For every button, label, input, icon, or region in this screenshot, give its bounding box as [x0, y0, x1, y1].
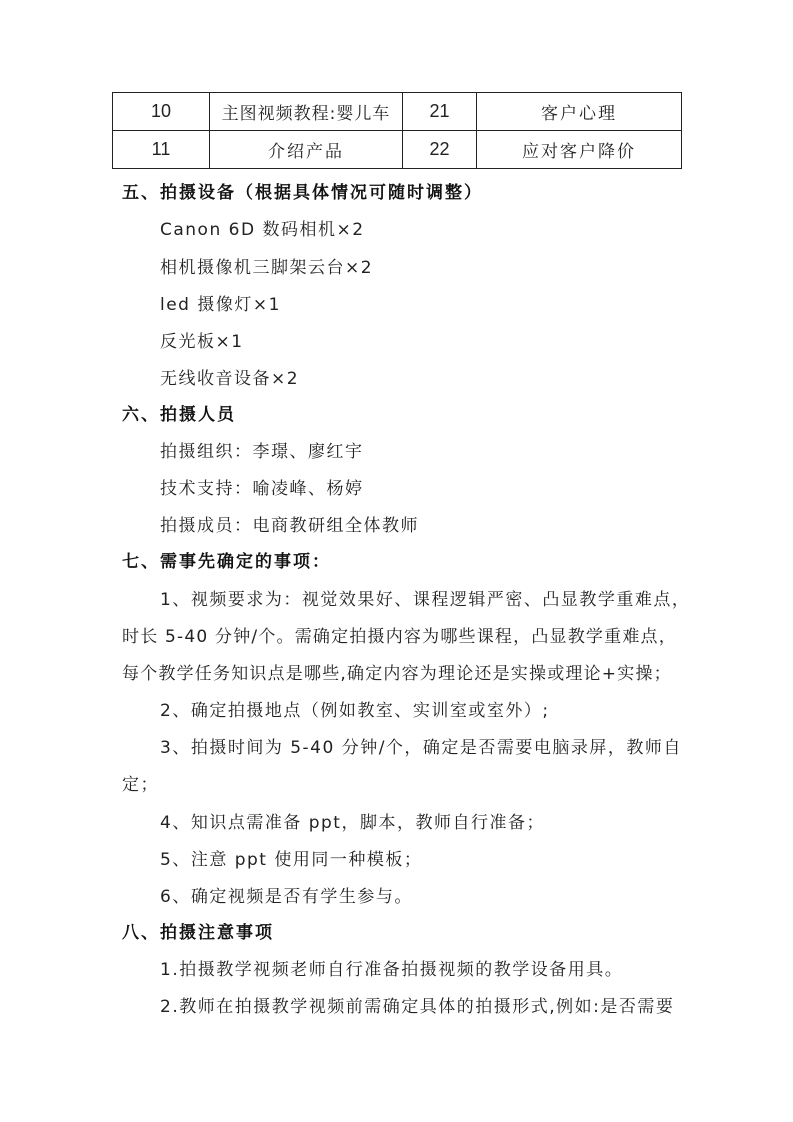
section-heading-prerequisites: 七、需事先确定的事项： [122, 547, 331, 572]
paragraph-line: 每个教学任务知识点是哪些,确定内容为理论还是实操或理论+实操； [122, 659, 672, 684]
table-cell-number: 10 [113, 93, 210, 131]
paragraph-line: 定； [122, 770, 159, 795]
section-heading-personnel: 六、拍摄人员 [122, 400, 236, 425]
table-row: 11 介绍产品 22 应对客户降价 [113, 131, 682, 169]
equipment-item: 反光板×1 [160, 327, 244, 352]
table-cell-number: 11 [113, 131, 210, 169]
document-page: 10 主图视频教程:婴儿车 21 客户心理 11 介绍产品 22 应对客户降价 … [0, 0, 793, 1122]
personnel-item: 技术支持：喻凌峰、杨婷 [160, 474, 364, 499]
paragraph-line: 5、注意 ppt 使用同一种模板； [160, 845, 422, 870]
equipment-item: led 摄像灯×1 [160, 290, 281, 315]
paragraph-line: 3、拍摄时间为 5-40 分钟/个，确定是否需要电脑录屏，教师自 [160, 733, 682, 758]
table-cell-title: 客户心理 [477, 93, 682, 131]
table-cell-title: 主图视频教程:婴儿车 [210, 93, 403, 131]
equipment-item: 相机摄像机三脚架云台×2 [160, 253, 373, 278]
paragraph-line: 4、知识点需准备 ppt，脚本，教师自行准备； [160, 808, 545, 833]
paragraph-line: 6、确定视频是否有学生参与。 [160, 882, 413, 907]
personnel-item: 拍摄组织：李璟、廖红宇 [160, 437, 364, 462]
paragraph-line: 2、确定拍摄地点（例如教室、实训室或室外）; [160, 696, 550, 721]
paragraph-line: 2.教师在拍摄教学视频前需确定具体的拍摄形式,例如:是否需要 [160, 992, 674, 1017]
equipment-item: 无线收音设备×2 [160, 364, 299, 389]
paragraph-line: 1.拍摄教学视频老师自行准备拍摄视频的教学设备用具。 [160, 955, 623, 980]
table-cell-number: 22 [403, 131, 477, 169]
paragraph-line: 时长 5-40 分钟/个。需确定拍摄内容为哪些课程，凸显教学重难点， [122, 622, 677, 647]
course-table: 10 主图视频教程:婴儿车 21 客户心理 11 介绍产品 22 应对客户降价 [112, 92, 682, 169]
paragraph-line: 1、视频要求为：视觉效果好、课程逻辑严密、凸显教学重难点， [160, 585, 690, 610]
table-row: 10 主图视频教程:婴儿车 21 客户心理 [113, 93, 682, 131]
table-cell-title: 应对客户降价 [477, 131, 682, 169]
equipment-item: Canon 6D 数码相机×2 [160, 215, 365, 240]
section-heading-equipment: 五、拍摄设备（根据具体情况可随时调整） [122, 178, 483, 203]
section-heading-notes: 八、拍摄注意事项 [122, 918, 274, 943]
table-cell-number: 21 [403, 93, 477, 131]
personnel-item: 拍摄成员：电商教研组全体教师 [160, 511, 419, 536]
table-cell-title: 介绍产品 [210, 131, 403, 169]
